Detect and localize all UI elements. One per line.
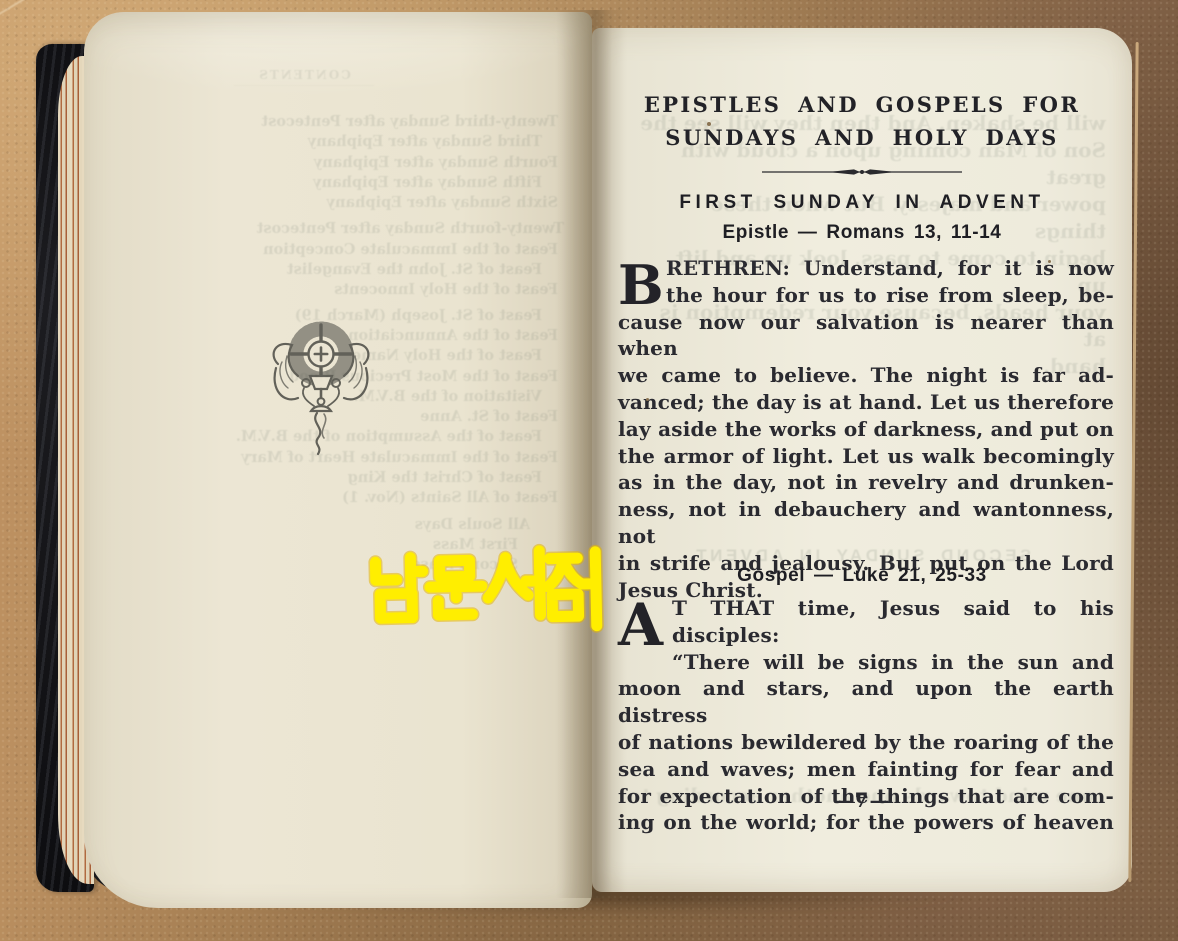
gospel-line: “There will be signs in the sun and — [672, 649, 1114, 676]
ghost-contents-heading: CONTENTS — [234, 68, 374, 86]
page-speck — [646, 398, 649, 401]
epistle-line: lay aside the works of darkness, and put… — [618, 416, 1114, 443]
epistle-reference-heading: Epistle — Romans 13, 11-14 — [592, 222, 1132, 244]
drop-cap-a: A — [618, 596, 663, 654]
eucharist-chalice-emblem — [260, 318, 382, 458]
ghost-toc-line: Sixth Sunday after Epiphany — [222, 193, 558, 213]
divider-ornament — [762, 166, 962, 178]
epistle-paragraph: B RETHREN: Understand, for it is nowthe … — [618, 255, 1114, 603]
epistle-line: as in the day, not in revelry and drunke… — [618, 469, 1114, 496]
book-section-title-line2: SUNDAYS AND HOLY DAYS — [592, 125, 1132, 150]
feast-day-heading: FIRST SUNDAY IN ADVENT — [592, 192, 1132, 214]
right-page: will be shaken. And then they will see t… — [592, 28, 1132, 892]
bookstore-stamp-watermark — [365, 541, 607, 638]
ghost-toc-line: Feast of the Immaculate Conception — [222, 240, 558, 260]
epistle-line: we came to believe. The night is far ad- — [618, 362, 1114, 389]
ghost-toc-line: All Souls Days — [222, 515, 530, 535]
epistle-line: cause now our salvation is nearer than w… — [618, 309, 1114, 363]
ghost-toc-line: Feast of Christ the King — [222, 468, 542, 488]
ghost-toc-line: Feast of the Holy Innocents — [222, 280, 558, 300]
photo-open-prayer-book: CONTENTS Twenty-third Sunday after Pente… — [0, 0, 1178, 941]
gospel-line: T THAT time, Jesus said to his disciples… — [672, 595, 1114, 649]
epistle-line: RETHREN: Understand, for it is now — [666, 255, 1114, 282]
gospel-line: ing on the world; for the powers of heav… — [618, 809, 1114, 836]
epistle-line: the hour for us to rise from sleep, be- — [666, 282, 1114, 309]
gospel-line: moon and stars, and upon the earth distr… — [618, 675, 1114, 729]
left-page: CONTENTS Twenty-third Sunday after Pente… — [84, 12, 592, 908]
epistle-line: vanced; the day is at hand. Let us there… — [618, 389, 1114, 416]
ghost-toc-line: Twenty-third Sunday after Pentecost — [222, 112, 558, 132]
epistle-line: the armor of light. Let us walk becoming… — [618, 443, 1114, 470]
gospel-line: of nations bewildered by the roaring of … — [618, 729, 1114, 756]
ghost-toc-line: Fifth Sunday after Epiphany — [222, 173, 542, 193]
page-speck — [1048, 260, 1051, 263]
ghost-toc-line: Feast of St. John the Evangelist — [222, 260, 542, 280]
gospel-line: sea and waves; men fainting for fear and — [618, 756, 1114, 783]
page-number: —7— — [592, 788, 1132, 812]
ghost-toc-line: Twenty-fourth Sunday after Pentecost — [222, 219, 564, 239]
ghost-toc-line: Third Sunday after Epiphany — [222, 132, 542, 152]
drop-cap-b: B — [618, 258, 664, 312]
page-speck — [707, 122, 711, 126]
epistle-line: ness, not in debauchery and wantonness, … — [618, 496, 1114, 550]
book-section-title-line1: EPISTLES AND GOSPELS FOR — [592, 92, 1132, 117]
ghost-toc-line: Feast of All Saints (Nov. 1) — [222, 488, 558, 508]
gospel-reference-heading: Gospel — Luke 21, 25-33 — [592, 565, 1132, 587]
ghost-toc-line: Fourth Sunday after Epiphany — [222, 153, 558, 173]
epistle-text-lines: RETHREN: Understand, for it is nowthe ho… — [618, 255, 1114, 603]
